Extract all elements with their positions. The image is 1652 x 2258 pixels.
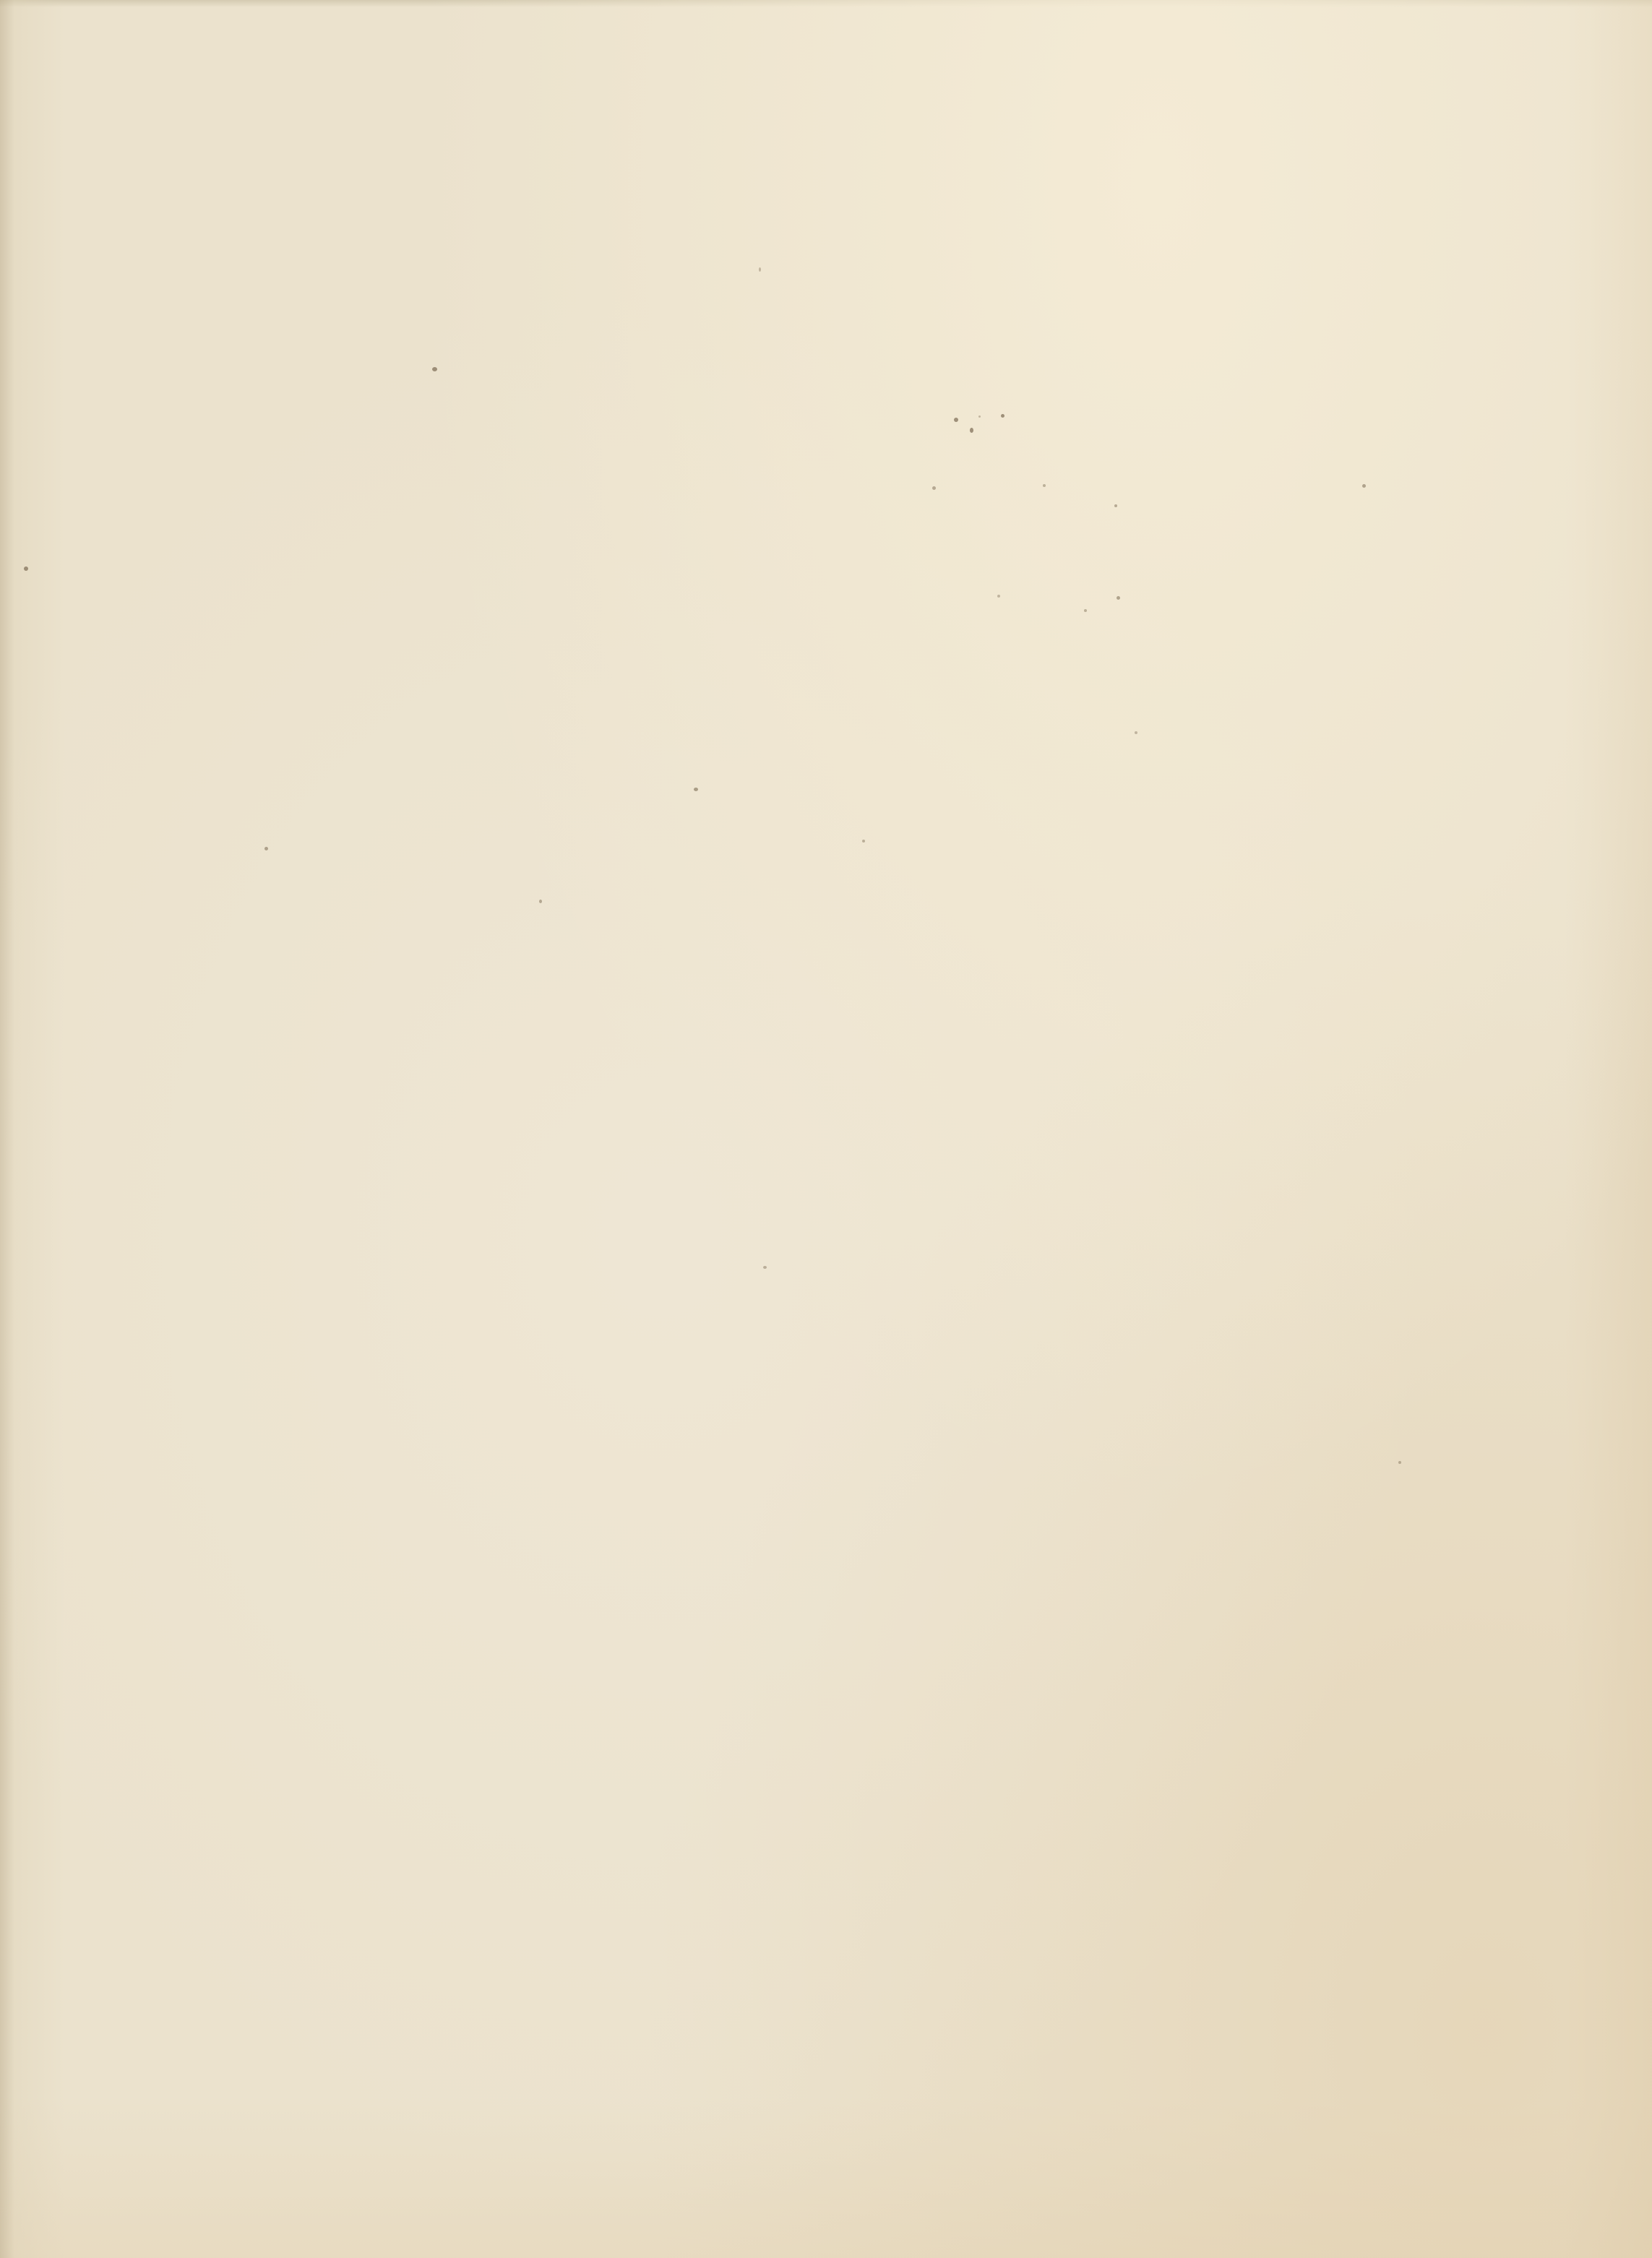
foxing-speck xyxy=(1001,414,1004,418)
foxing-speck xyxy=(432,367,437,371)
foxing-speck xyxy=(24,566,28,571)
foxing-speck xyxy=(694,788,698,791)
foxing-speck xyxy=(932,486,936,490)
foxing-speck xyxy=(997,595,1000,598)
foxing-speck xyxy=(1135,731,1137,734)
foxing-speck xyxy=(759,267,761,272)
foxing-speck xyxy=(763,1266,767,1269)
foxing-speck xyxy=(539,900,542,903)
foxing-speck xyxy=(1398,1461,1401,1464)
foxing-speck xyxy=(862,840,865,843)
foxing-speck xyxy=(954,418,958,422)
foxing-speck xyxy=(1114,504,1117,507)
foxing-speck xyxy=(1084,609,1087,612)
foxing-speck xyxy=(978,415,981,418)
foxing-speck xyxy=(970,428,973,433)
blank-paper-page xyxy=(0,0,1652,2258)
foxing-speck xyxy=(264,847,268,850)
foxing-speck xyxy=(1043,484,1046,487)
foxing-speck xyxy=(1362,484,1366,488)
foxing-speck xyxy=(1117,596,1120,600)
